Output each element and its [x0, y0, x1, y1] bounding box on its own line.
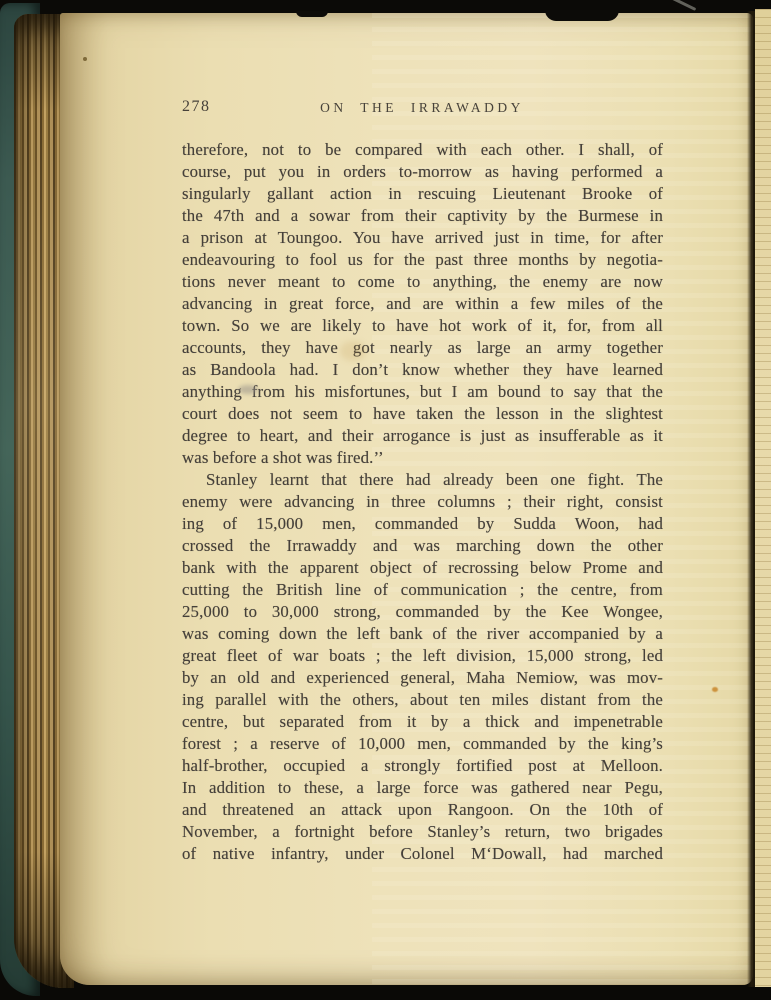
paper-stain [340, 341, 366, 361]
text-line: ing parallel with the others, about ten … [182, 689, 663, 711]
text-line: course, put you in orders to-morrow as h… [182, 161, 663, 183]
body-text: therefore, not to be compared with each … [182, 139, 663, 865]
text-line: tions never meant to come to anything, t… [182, 271, 663, 293]
text-line: half-brother, occupied a strongly fortif… [182, 755, 663, 777]
text-line: therefore, not to be compared with each … [182, 139, 663, 161]
text-line: cutting the British line of communicatio… [182, 579, 663, 601]
top-edge-shadow [545, 10, 619, 21]
scanned-book-photo: 278 ON THE IRRAWADDY therefore, not to b… [0, 0, 771, 1000]
thread-artifact [654, 0, 697, 11]
text-line: crossed the Irrawaddy and was marching d… [182, 535, 663, 557]
text-line: singularly gallant action in rescuing Li… [182, 183, 663, 205]
text-line: and threatened an attack upon Rangoon. O… [182, 799, 663, 821]
page-gutter-shadow [747, 11, 755, 987]
text-line: as Bandoola had. I don’t know whether th… [182, 359, 663, 381]
text-line: advancing in great force, and are within… [182, 293, 663, 315]
text-line: forest ; a reserve of 10,000 men, comman… [182, 733, 663, 755]
text-line: of native infantry, under Colonel M‘Dowa… [182, 843, 663, 865]
text-line: degree to heart, and their arrogance is … [182, 425, 663, 447]
text-line: endeavouring to fool us for the past thr… [182, 249, 663, 271]
book-page: 278 ON THE IRRAWADDY therefore, not to b… [60, 13, 753, 985]
paper-speck [712, 687, 718, 692]
text-line: Stanley learnt that there had already be… [182, 469, 663, 491]
text-line: court does not seem to have taken the le… [182, 403, 663, 425]
text-line: was coming down the left bank of the riv… [182, 623, 663, 645]
ink-smudge [238, 385, 258, 394]
text-line: accounts, they have got nearly as large … [182, 337, 663, 359]
text-line: In addition to these, a large force was … [182, 777, 663, 799]
text-line: great fleet of war boats ; the left divi… [182, 645, 663, 667]
text-line: ing of 15,000 men, commanded by Sudda Wo… [182, 513, 663, 535]
text-line: by an old and experienced general, Maha … [182, 667, 663, 689]
facing-page-edge [755, 9, 771, 987]
running-head: ON THE IRRAWADDY [182, 100, 662, 116]
text-line: centre, but separated from it by a thick… [182, 711, 663, 733]
text-line: town. So we are likely to have hot work … [182, 315, 663, 337]
text-line: enemy were advancing in three columns ; … [182, 491, 663, 513]
text-line: the 47th and a sowar from their captivit… [182, 205, 663, 227]
paper-speck [83, 57, 87, 61]
top-edge-shadow [296, 11, 328, 17]
text-line: November, a fortnight before Stanley’s r… [182, 821, 663, 843]
text-line: 25,000 to 30,000 strong, commanded by th… [182, 601, 663, 623]
text-line: bank with the apparent object of recross… [182, 557, 663, 579]
text-line: was before a shot was fired.’’ [182, 447, 663, 469]
page-header: 278 ON THE IRRAWADDY [182, 98, 662, 118]
text-line: a prison at Toungoo. You have arrived ju… [182, 227, 663, 249]
